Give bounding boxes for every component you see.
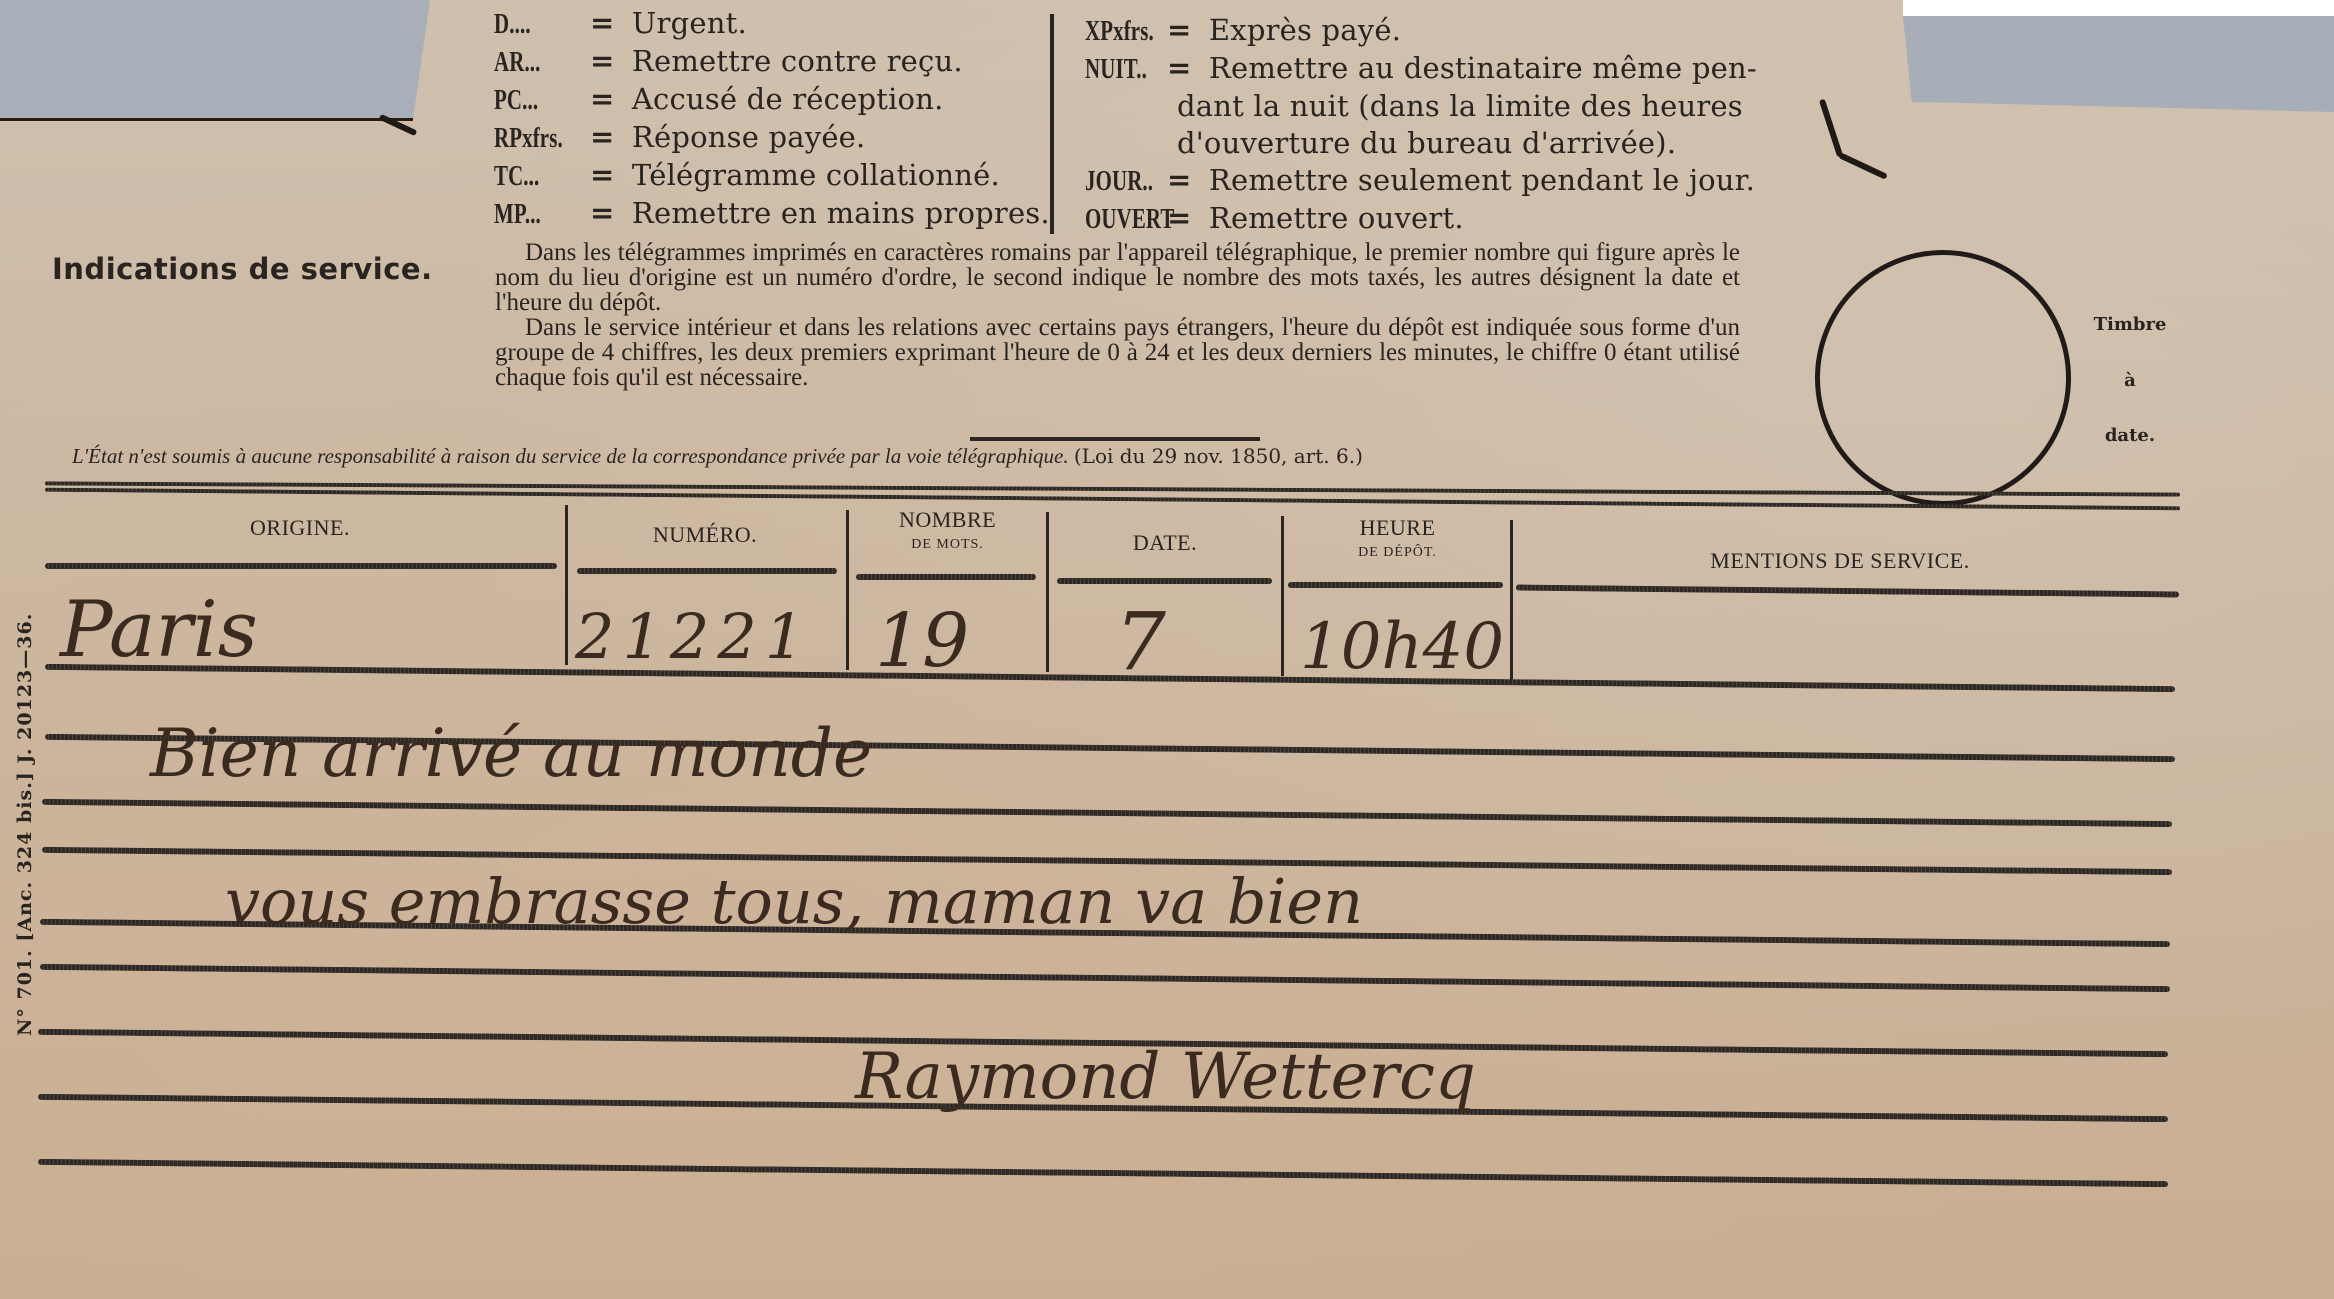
legend-code: OUVERT xyxy=(1085,201,1144,238)
legend-code: TC... xyxy=(494,158,563,195)
form-print-code: N° 701. [Anc. 324 bis.] J. 20123—36. xyxy=(14,516,36,1036)
nombre-sublabel: DE MOTS. xyxy=(860,537,1035,553)
header-underline-nombre xyxy=(856,574,1036,580)
stamp-label-timbre: Timbre xyxy=(2085,314,2175,335)
legend-description-continued: dant la nuit (dans la limite des heures xyxy=(1085,88,1757,125)
legend-equals: = xyxy=(590,6,615,40)
legend-left-row: MP...= Remettre en mains propres. xyxy=(494,195,1050,233)
legend-description: Urgent. xyxy=(623,6,747,40)
nombre-label: NOMBRE xyxy=(899,507,996,532)
legend-right-row: NUIT..= Remettre au destinataire même pe… xyxy=(1085,50,1757,88)
column-header-mentions-service: MENTIONS DE SERVICE. xyxy=(1560,548,2120,574)
legend-code: XPxfrs. xyxy=(1085,13,1144,50)
legend-description: Remettre en mains propres. xyxy=(623,196,1050,230)
header-underline-heure xyxy=(1288,582,1503,588)
legend-code: MP... xyxy=(494,196,563,233)
column-header-date: DATE. xyxy=(1080,530,1250,556)
legend-description: Accusé de réception. xyxy=(623,82,944,116)
legend-description: Remettre ouvert. xyxy=(1200,201,1464,235)
legend-divider xyxy=(1050,14,1054,234)
background-surface-right xyxy=(1903,16,2334,112)
legend-left: D....= Urgent.AR...= Remettre contre reç… xyxy=(494,5,1050,233)
header-underline-numero xyxy=(577,568,837,574)
short-rule xyxy=(970,437,1260,441)
heure-sublabel: DE DÉPÔT. xyxy=(1300,545,1495,561)
legend-left-row: TC...= Télégramme collationné. xyxy=(494,157,1050,195)
legend-equals: = xyxy=(590,158,615,192)
disclaimer-text: L'État n'est soumis à aucune responsabil… xyxy=(72,444,1069,468)
disclaimer-law-reference: (Loi du 29 nov. 1850, art. 6.) xyxy=(1074,444,1363,468)
background-surface-left xyxy=(0,0,430,121)
stamp-label-a: à xyxy=(2085,370,2175,391)
value-date: 7 xyxy=(1115,595,1166,688)
legend-code: PC... xyxy=(494,82,563,119)
legend-left-row: AR...= Remettre contre reçu. xyxy=(494,43,1050,81)
service-title: Indications de service. xyxy=(52,252,433,286)
column-divider-1 xyxy=(565,505,568,665)
value-nombre-mots: 19 xyxy=(875,598,969,684)
legend-description: Télégramme collationné. xyxy=(623,158,1000,192)
column-divider-4 xyxy=(1281,516,1284,676)
stamp-label-date: date. xyxy=(2085,425,2175,446)
legend-code: AR... xyxy=(494,44,563,81)
legend-equals: = xyxy=(1167,163,1192,197)
legend-description: Remettre au destinataire même pen- xyxy=(1200,51,1757,85)
legend-description: Remettre contre reçu. xyxy=(623,44,963,78)
background-white-corner xyxy=(1903,0,2334,16)
value-numero: 21221 xyxy=(575,600,812,673)
legend-right-row: JOUR..= Remettre seulement pendant le jo… xyxy=(1085,162,1757,200)
header-underline-origine xyxy=(45,563,557,569)
legend-equals: = xyxy=(590,196,615,230)
service-paragraph-2: Dans le service intérieur et dans les re… xyxy=(495,315,1740,390)
value-heure-depot: 10h40 xyxy=(1300,610,1504,684)
message-line-1: Bien arrivé au monde xyxy=(150,715,872,792)
value-origine: Paris xyxy=(60,585,258,675)
legend-code: RPxfrs. xyxy=(494,120,563,157)
column-header-numero: NUMÉRO. xyxy=(605,522,805,548)
legend-description-continued: d'ouverture du bureau d'arrivée). xyxy=(1085,125,1757,162)
legend-code: NUIT.. xyxy=(1085,51,1144,88)
legend-equals: = xyxy=(1167,51,1192,85)
column-header-nombre-mots: NOMBRE DE MOTS. xyxy=(860,507,1035,553)
legend-equals: = xyxy=(590,120,615,154)
legend-code: JOUR.. xyxy=(1085,163,1144,200)
legend-left-row: RPxfrs.= Réponse payée. xyxy=(494,119,1050,157)
legend-code: D.... xyxy=(494,6,563,43)
column-divider-3 xyxy=(1046,512,1049,672)
legend-right-row: XPxfrs.= Exprès payé. xyxy=(1085,12,1757,50)
legend-right: XPxfrs.= Exprès payé.NUIT..= Remettre au… xyxy=(1085,12,1757,238)
legend-description: Réponse payée. xyxy=(623,120,866,154)
liability-disclaimer: L'État n'est soumis à aucune responsabil… xyxy=(72,444,1363,469)
legend-description: Exprès payé. xyxy=(1200,13,1402,47)
legend-equals: = xyxy=(590,44,615,78)
service-paragraph-1: Dans les télégrammes imprimés en caractè… xyxy=(495,240,1740,315)
signature: Raymond Wettercq xyxy=(855,1040,1476,1114)
header-underline-date xyxy=(1057,578,1272,584)
legend-description: Remettre seulement pendant le jour. xyxy=(1200,163,1755,197)
column-header-origine: ORIGINE. xyxy=(200,515,400,541)
legend-left-row: PC...= Accusé de réception. xyxy=(494,81,1050,119)
service-instructions: Dans les télégrammes imprimés en caractè… xyxy=(495,240,1740,390)
legend-equals: = xyxy=(590,82,615,116)
column-divider-2 xyxy=(846,510,849,670)
column-divider-5 xyxy=(1510,520,1513,680)
heure-label: HEURE xyxy=(1360,515,1436,540)
legend-equals: = xyxy=(1167,13,1192,47)
date-stamp-circle xyxy=(1815,250,2071,506)
legend-right-row: OUVERT= Remettre ouvert. xyxy=(1085,200,1757,238)
message-line-2: vous embrasse tous, maman va bien xyxy=(225,865,1363,938)
legend-left-row: D....= Urgent. xyxy=(494,5,1050,43)
column-header-heure-depot: HEURE DE DÉPÔT. xyxy=(1300,515,1495,561)
